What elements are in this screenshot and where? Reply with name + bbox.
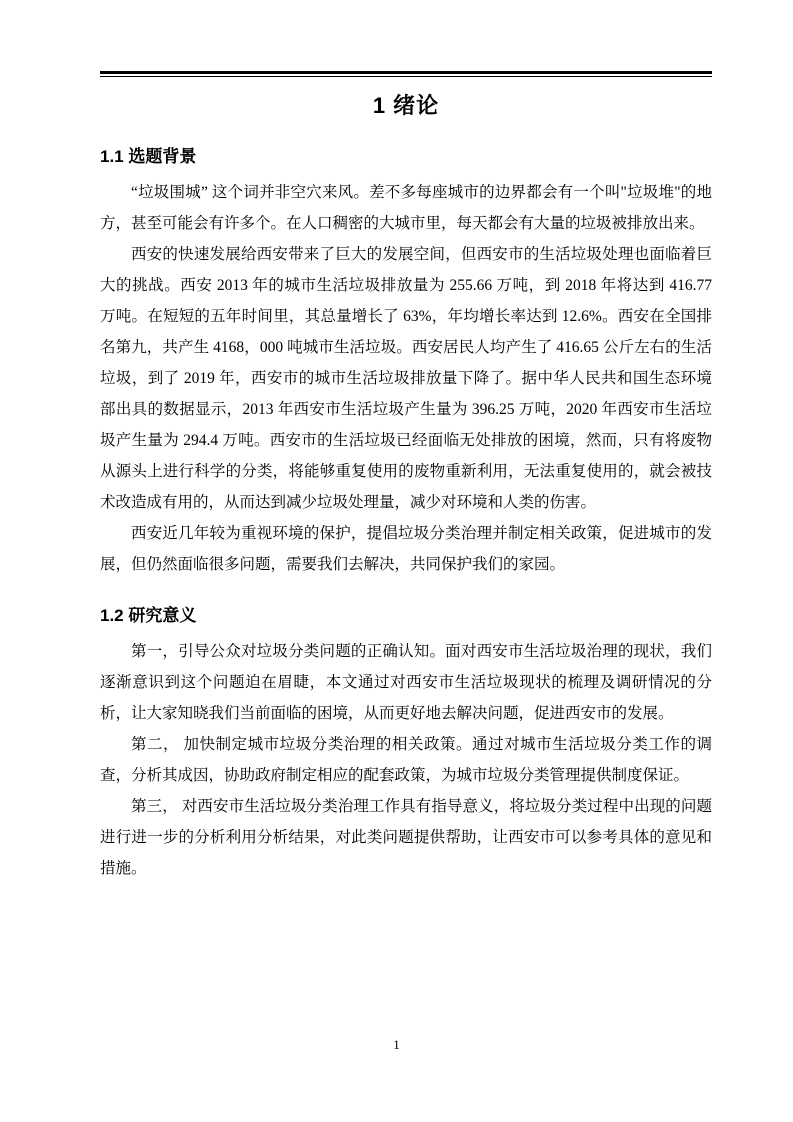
- paragraph: 西安近几年较为重视环境的保护，提倡垃圾分类治理并制定相关政策，促进城市的发展，但…: [100, 518, 712, 580]
- paragraph: 第二， 加快制定城市垃圾分类治理的相关政策。通过对城市生活垃圾分类工作的调查，分…: [100, 729, 712, 791]
- paragraph: 第三， 对西安市生活垃圾分类治理工作具有指导意义，将垃圾分类过程中出现的问题进行…: [100, 791, 712, 884]
- paragraph: “垃圾围城” 这个词并非空穴来风。差不多每座城市的边界都会有一个叫"垃圾堆"的地…: [100, 177, 712, 239]
- section-heading-1-2: 1.2 研究意义: [100, 603, 712, 628]
- page-number: 1: [0, 1036, 793, 1054]
- header-divider: [100, 71, 712, 77]
- paragraph: 第一，引导公众对垃圾分类问题的正确认知。面对西安市生活垃圾治理的现状，我们逐渐意…: [100, 636, 712, 729]
- page-content: 1 绪论 1.1 选题背景 “垃圾围城” 这个词并非空穴来风。差不多每座城市的边…: [100, 71, 712, 884]
- paragraph: 西安的快速发展给西安带来了巨大的发展空间，但西安市的生活垃圾处理也面临着巨大的挑…: [100, 239, 712, 518]
- chapter-title: 1 绪论: [100, 91, 712, 121]
- document-page: 1 绪论 1.1 选题背景 “垃圾围城” 这个词并非空穴来风。差不多每座城市的边…: [0, 0, 793, 1122]
- section-heading-1-1: 1.1 选题背景: [100, 144, 712, 169]
